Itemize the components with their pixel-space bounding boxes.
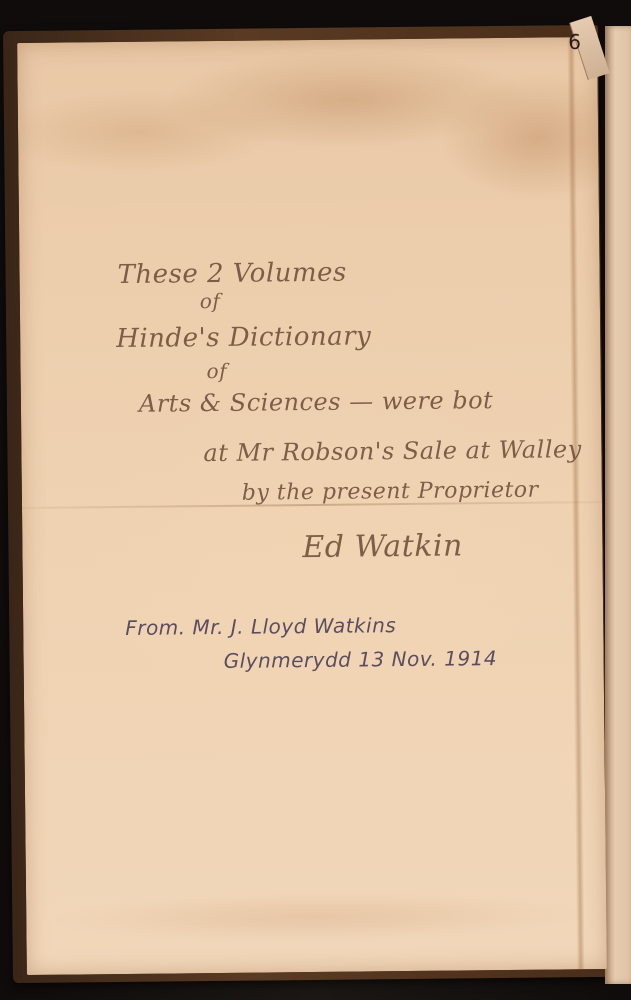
inscription-line-3: Hinde's Dictionary	[116, 321, 371, 354]
inscription-line-4: of	[206, 359, 227, 383]
note-line-1: From. Mr. J. Lloyd Watkins	[125, 613, 396, 640]
note-line-2: Glynmerydd 13 Nov. 1914	[223, 646, 497, 673]
inscription-line-1: These 2 Volumes	[117, 258, 347, 290]
endpaper-page: These 2 Volumes of Hinde's Dictionary of…	[17, 37, 607, 975]
adjacent-page-edge	[605, 26, 631, 984]
water-stain	[46, 889, 586, 945]
inscription-line-2: of	[200, 289, 221, 313]
inscription-line-7: by the present Proprietor	[242, 478, 539, 506]
page-number: 6	[568, 30, 581, 54]
inscription-line-5: Arts & Sciences — were bot	[139, 386, 494, 418]
signature: Ed Watkin	[302, 528, 463, 565]
inscription-line-6: at Mr Robson's Sale at Walley	[203, 435, 582, 467]
